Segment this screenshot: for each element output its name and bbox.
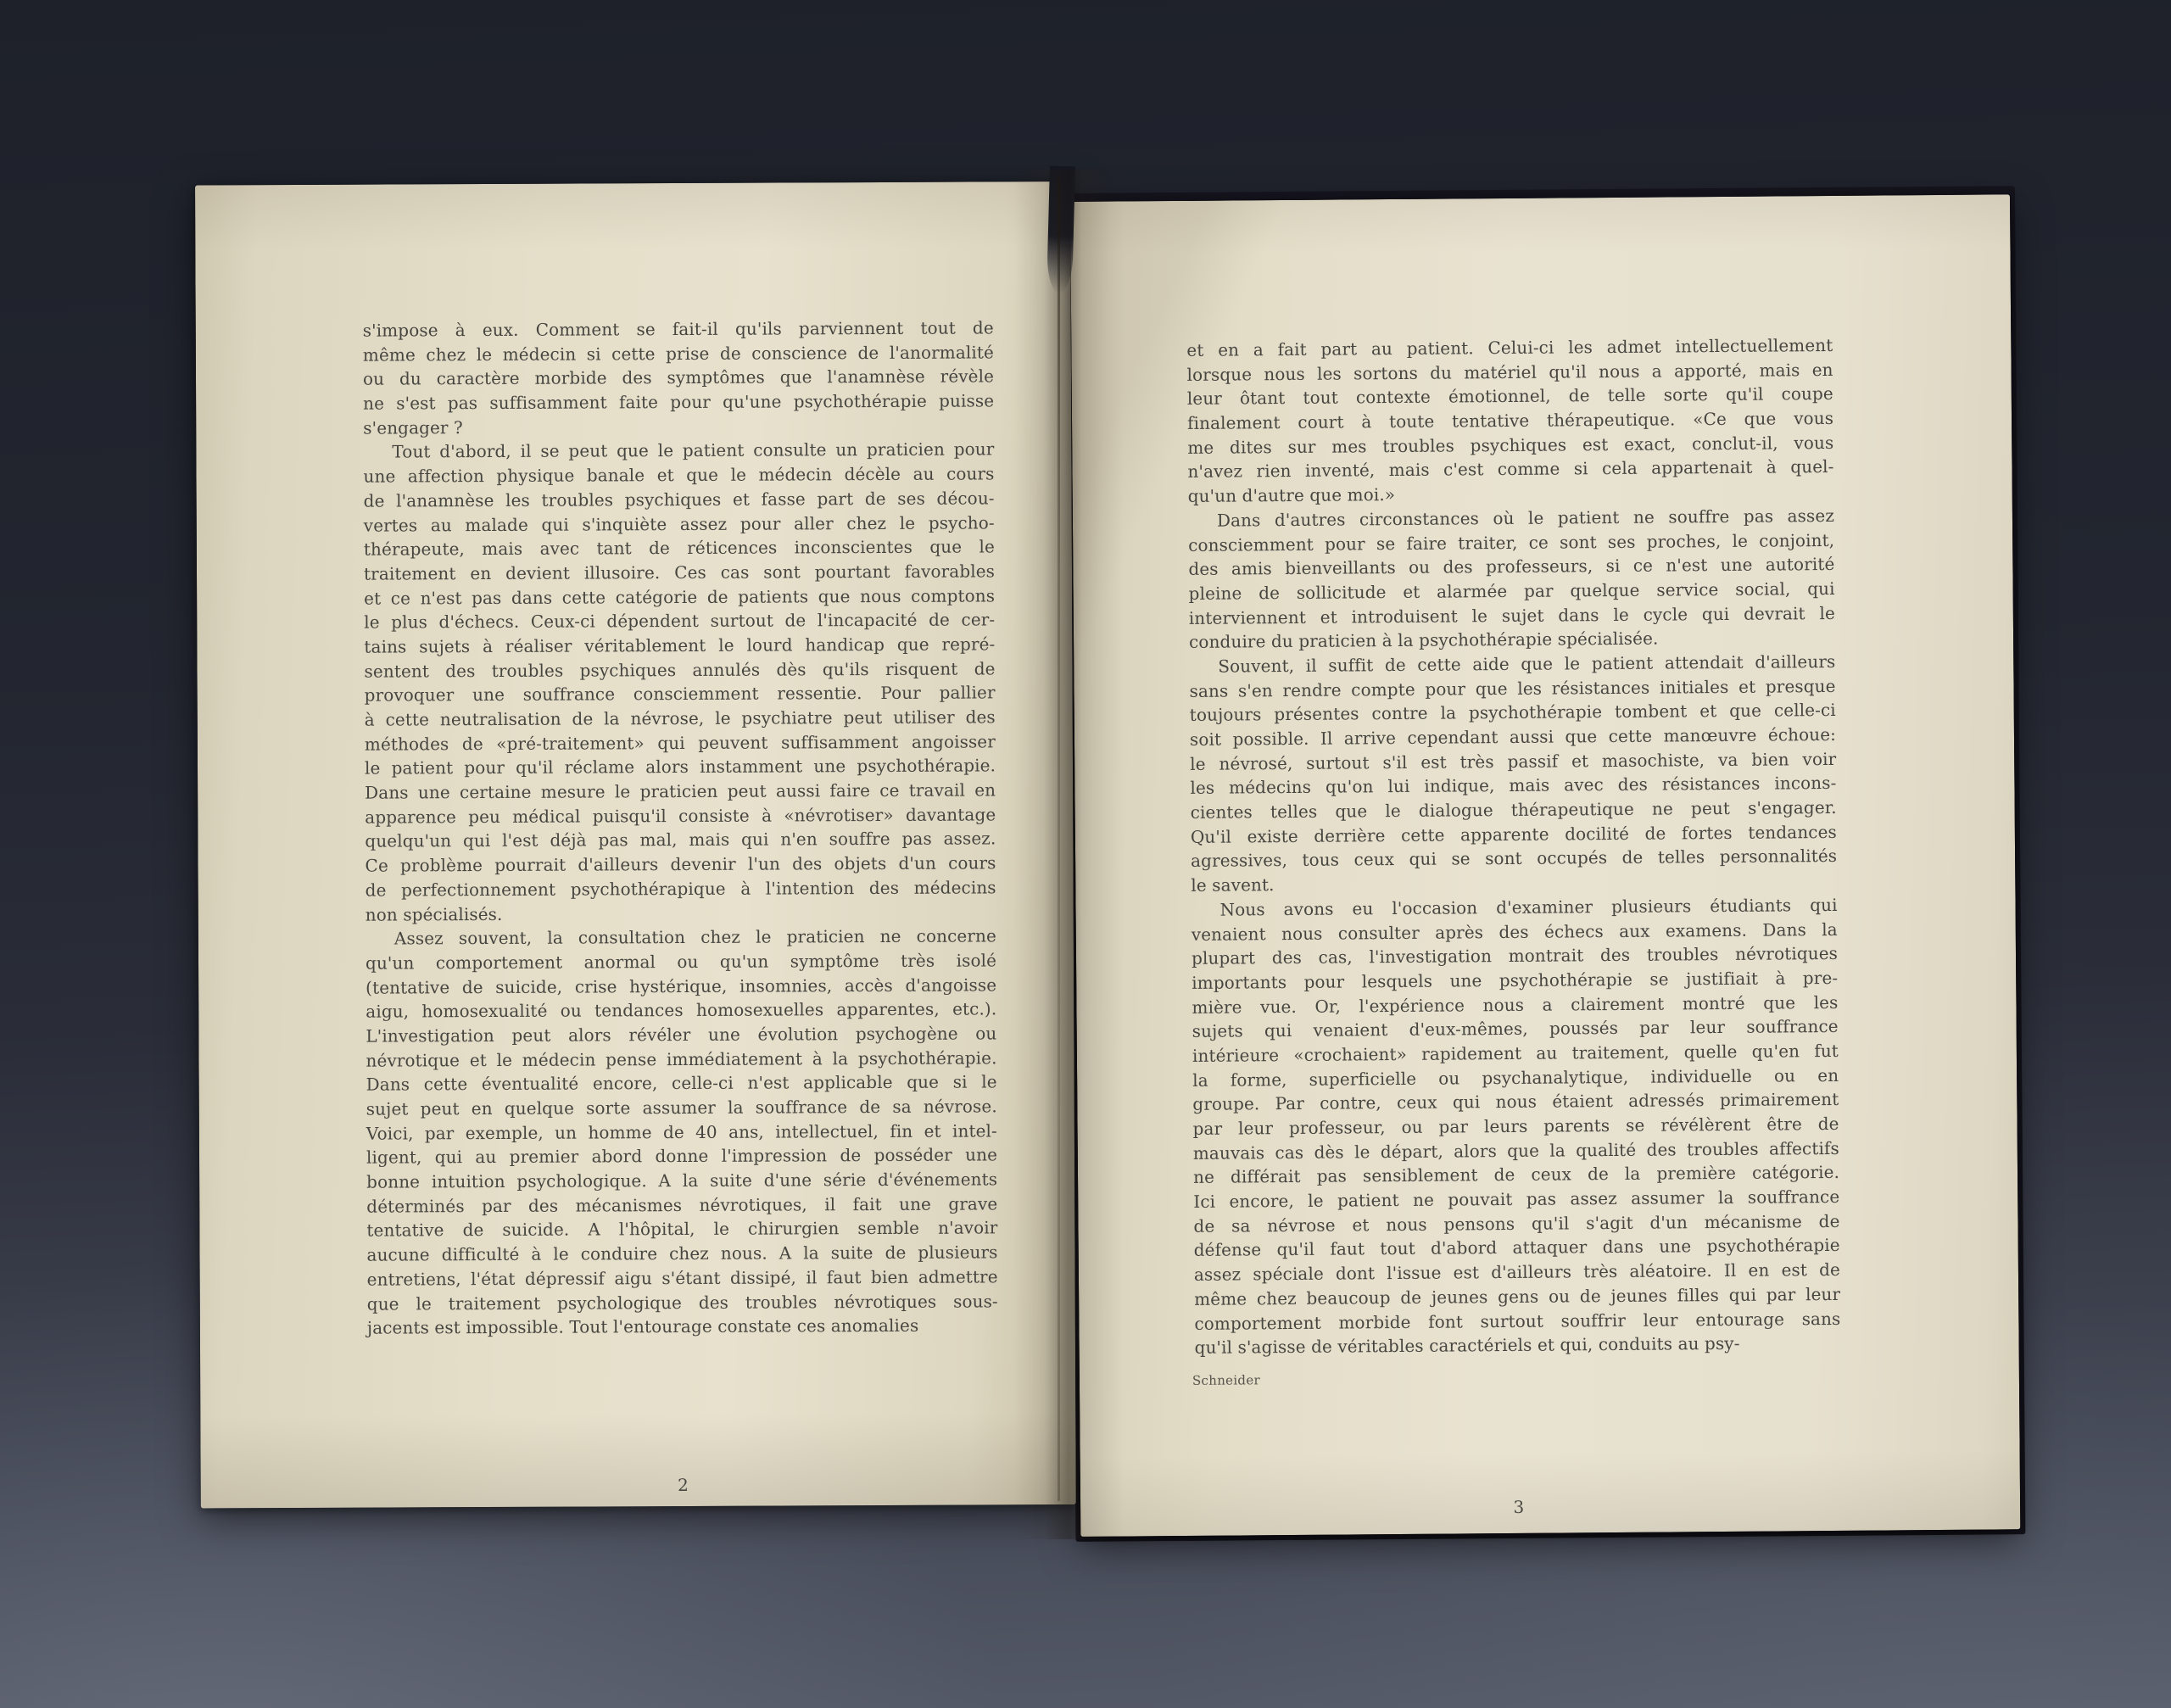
text-line: et ce n'est pas dans cette catégorie de … xyxy=(364,583,995,611)
text-line: jacents est impossible. Tout l'entourage… xyxy=(367,1314,998,1341)
text-line: apparence peu médical puisqu'il consiste… xyxy=(365,802,996,829)
text-line: méthodes de «pré-traitement» qui peuvent… xyxy=(365,729,996,756)
right-page: et en a fait part au patient. Celui-ci l… xyxy=(1070,194,2020,1537)
text-line: névrotique et le médecin pense immédiate… xyxy=(366,1046,996,1073)
text-line: tentative de suicide. A l'hôpital, le ch… xyxy=(366,1216,997,1243)
left-page-text: s'impose à eux. Comment se fait-il qu'il… xyxy=(363,315,998,1340)
text-line: que le traitement psychologique des trou… xyxy=(367,1289,998,1316)
text-line: aigu, homosexualité ou tendances homosex… xyxy=(366,997,996,1024)
text-line: de perfectionnement psychothérapique à l… xyxy=(366,875,996,902)
text-line: Tout d'abord, il se peut que le patient … xyxy=(363,438,994,465)
text-line: une affection physique banale et que le … xyxy=(363,462,994,489)
left-page-number: 2 xyxy=(368,1471,999,1499)
text-line: le patient pour qu'il réclame alors inst… xyxy=(365,754,996,781)
text-line: Dans cette éventualité encore, celle-ci … xyxy=(366,1070,997,1097)
text-line: déterminés par des mécanismes névrotique… xyxy=(366,1192,997,1219)
text-line: aucune difficulté à le conduire chez nou… xyxy=(366,1241,997,1268)
text-line: sujet peut en quelque sorte assumer la s… xyxy=(366,1094,997,1121)
right-page-footer: 3 xyxy=(1196,1493,1842,1523)
text-line: (tentative de suicide, crise hystérique,… xyxy=(366,973,996,1000)
text-line: s'engager ? xyxy=(363,413,994,440)
text-line: ligent, qui au premier abord donne l'imp… xyxy=(366,1143,997,1170)
text-line: ou du caractère morbide des symptômes qu… xyxy=(363,365,994,392)
text-line: thérapeute, mais avec tant de réticences… xyxy=(364,535,995,562)
text-line: qu'un comportement anormal ou qu'un symp… xyxy=(366,948,996,975)
text-line: de l'anamnèse les troubles psychiques et… xyxy=(364,486,995,513)
text-line: tains sujets à réaliser véritablement le… xyxy=(364,632,995,659)
left-page: s'impose à eux. Comment se fait-il qu'il… xyxy=(195,181,1076,1508)
text-line: Ce problème pourrait d'ailleurs devenir … xyxy=(365,851,996,879)
text-line: vertes au malade qui s'inquiète assez po… xyxy=(364,511,995,538)
text-line: non spécialisés. xyxy=(366,900,996,927)
text-line: Dans une certaine mesure le praticien pe… xyxy=(365,778,996,805)
text-line: sentent des troubles psychiques annulés … xyxy=(364,656,995,684)
text-line: L'investigation peut alors révéler une é… xyxy=(366,1021,996,1048)
text-line: n'avez rien inventé, mais c'est comme si… xyxy=(1187,455,1833,484)
text-line: provoquer une souffrance consciemment re… xyxy=(365,681,996,708)
text-line: le plus d'échecs. Ceux-ci dépendent surt… xyxy=(364,608,995,635)
text-line: s'impose à eux. Comment se fait-il qu'il… xyxy=(363,315,994,343)
right-page-number: 3 xyxy=(1196,1493,1842,1522)
text-line: bonne intuition psychologique. A la suit… xyxy=(366,1167,997,1194)
text-line: entretiens, l'état dépressif aigu s'étan… xyxy=(367,1264,998,1292)
text-line: quelqu'un qui l'est déjà pas mal, mais q… xyxy=(365,827,996,854)
text-line: qu'il s'agisse de véritables caractériel… xyxy=(1195,1331,1841,1360)
text-line: traitement en devient illusoire. Ces cas… xyxy=(364,559,995,586)
text-line: à cette neutralisation de la névrose, le… xyxy=(365,705,996,732)
printer-signature: Schneider xyxy=(1192,1372,1260,1388)
text-line: même chez le médecin si cette prise de c… xyxy=(363,340,994,367)
text-line: Voici, par exemple, un homme de 40 ans, … xyxy=(366,1119,997,1146)
left-page-footer: 2 xyxy=(368,1471,999,1499)
text-line: agressives, tous ceux qui se sont occupé… xyxy=(1191,844,1837,874)
right-page-text: et en a fait part au patient. Celui-ci l… xyxy=(1186,333,1840,1360)
text-line: ne s'est pas suffisamment faite pour qu'… xyxy=(363,388,994,416)
text-line: Assez souvent, la consultation chez le p… xyxy=(366,924,996,952)
photo-background: s'impose à eux. Comment se fait-il qu'il… xyxy=(0,0,2171,1708)
